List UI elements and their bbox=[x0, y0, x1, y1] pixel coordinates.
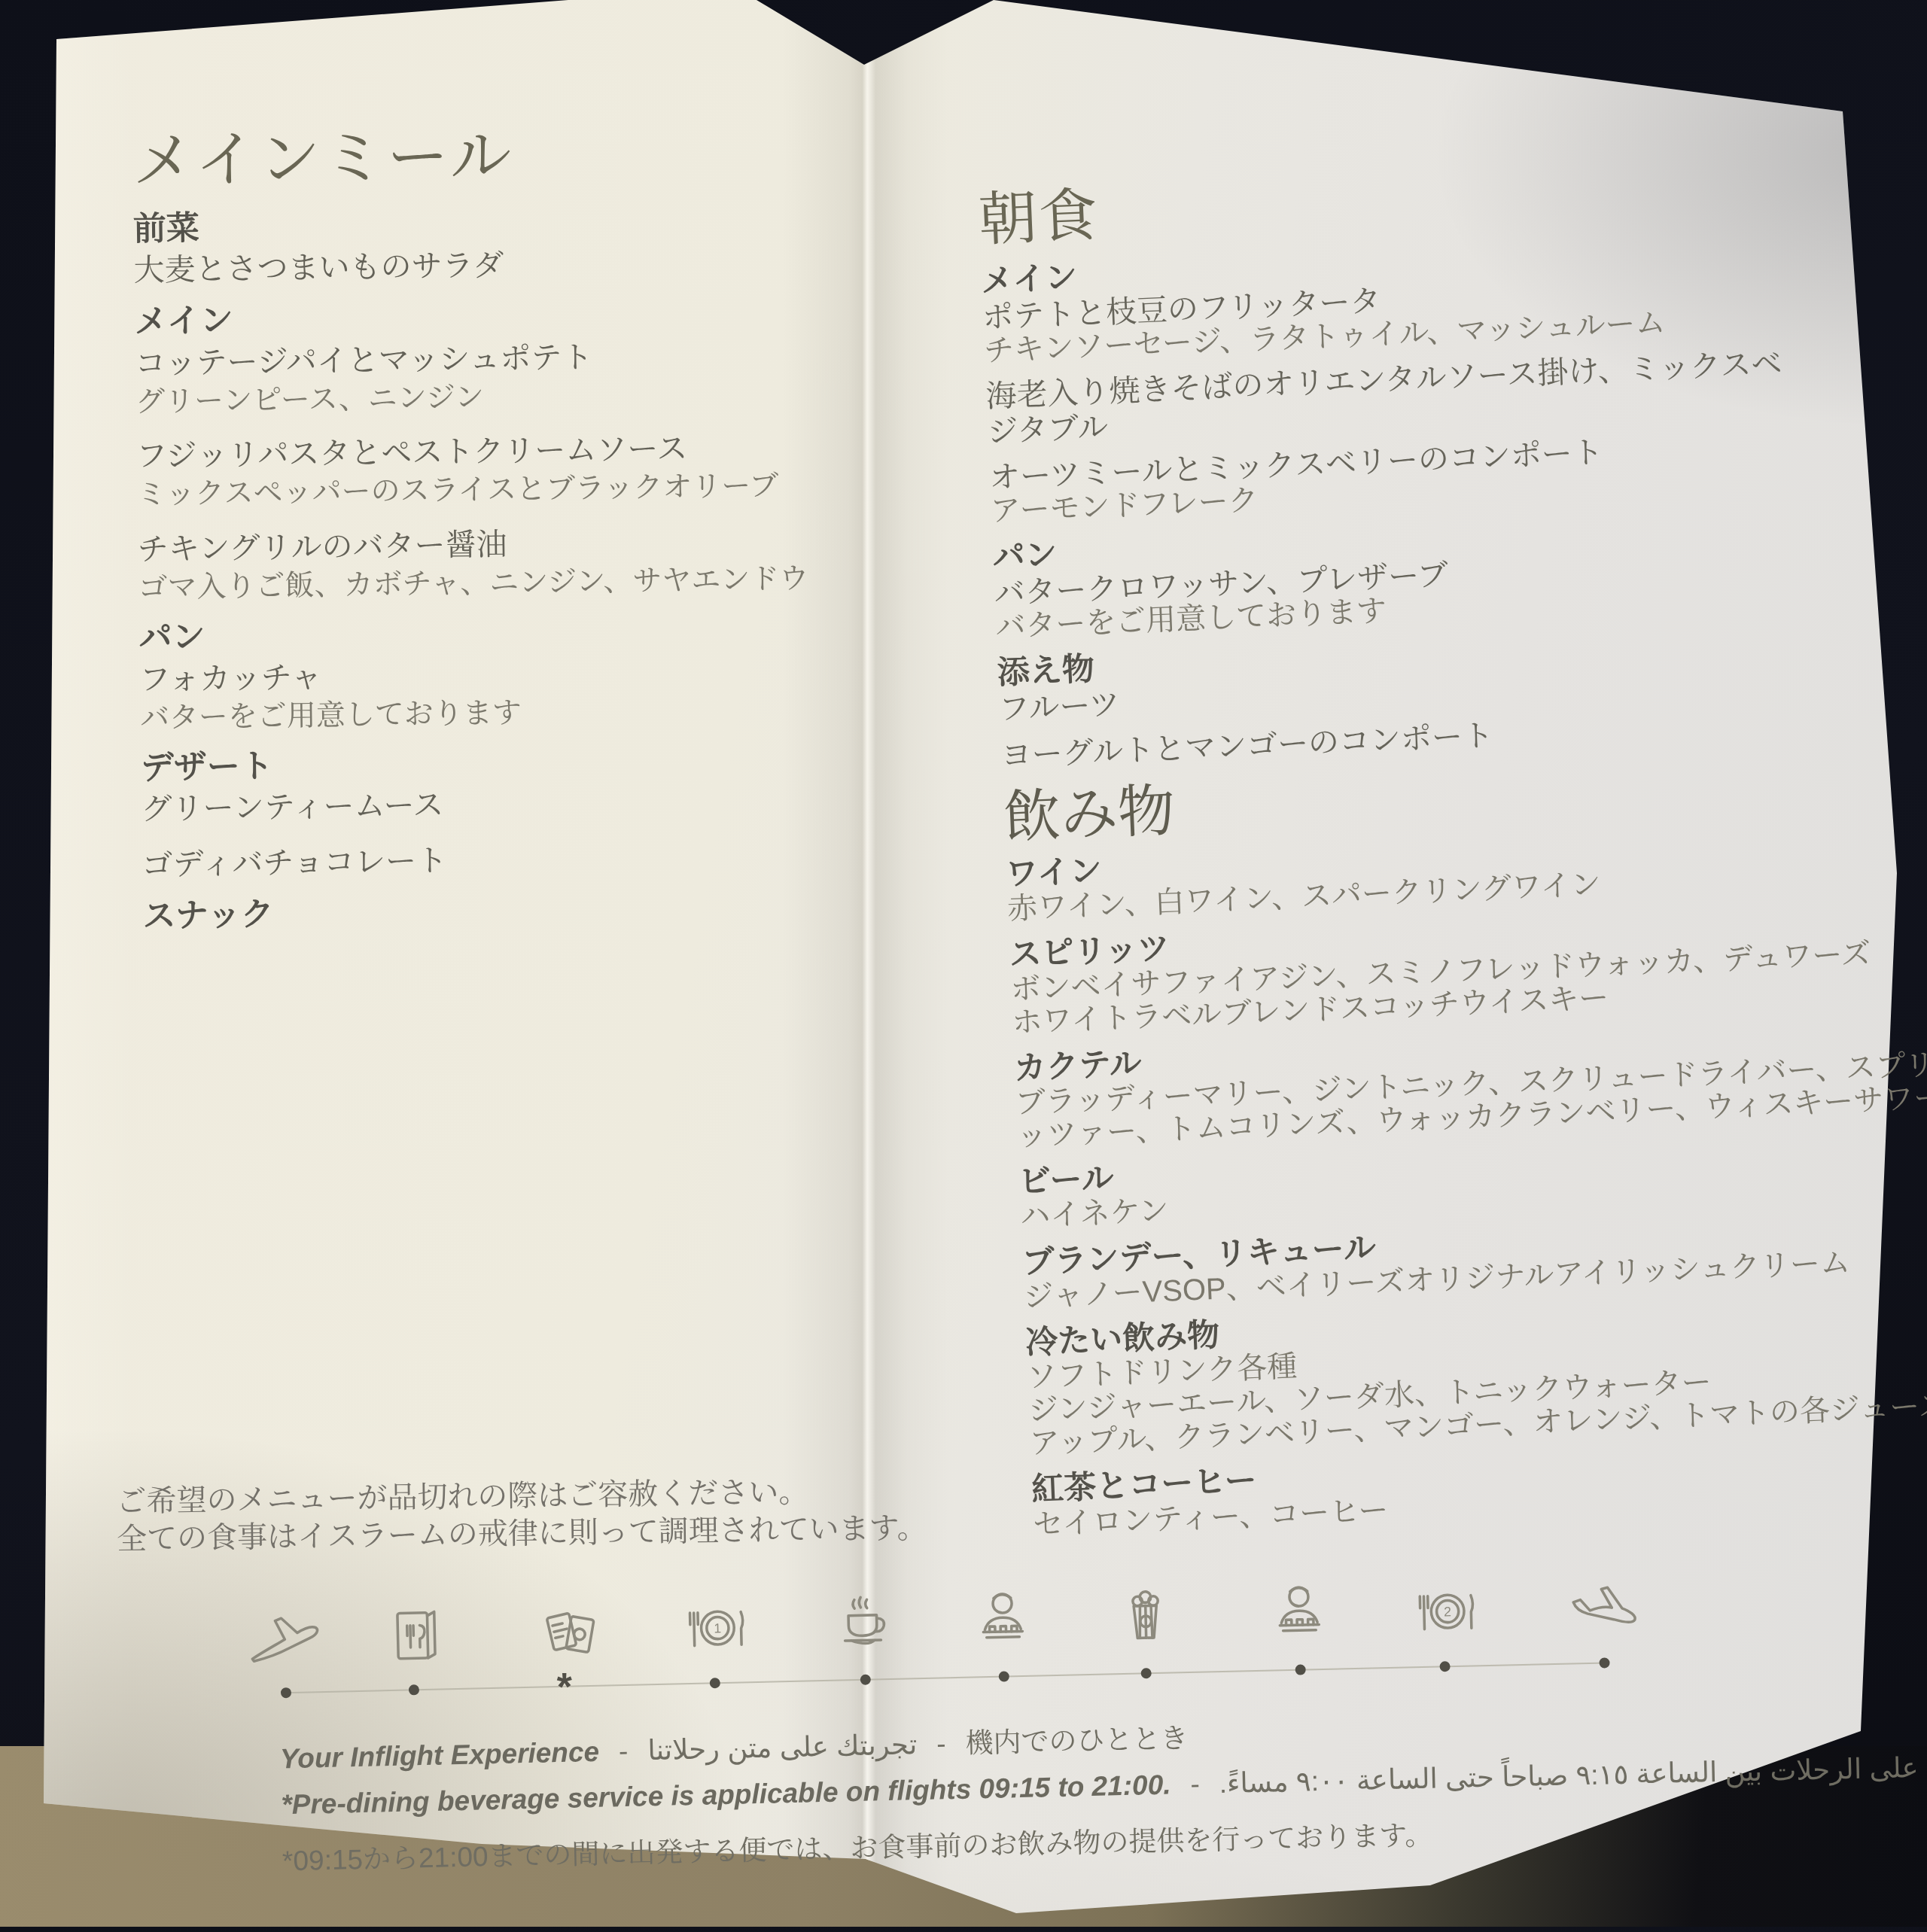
dish-description: バターをご用意しております bbox=[140, 692, 863, 735]
dish-name: フォカッチャ bbox=[139, 653, 863, 697]
dish-name: ゴディバチョコレート bbox=[142, 838, 865, 883]
dish-description: グリーンピース、ニンジン bbox=[135, 376, 859, 418]
dish-name: 大麦とさつまいものサラダ bbox=[133, 244, 857, 288]
dish-name: グリーンティームース bbox=[141, 783, 864, 827]
left-page: メインミール 前菜 大麦とさつまいものサラダ メイン コッテージパイとマッシュポ… bbox=[132, 118, 866, 936]
dish-name: コッテージパイとマッシュポテト bbox=[135, 336, 858, 381]
photo-of-inflight-menu: メインミール 前菜 大麦とさつまいものサラダ メイン コッテージパイとマッシュポ… bbox=[0, 0, 1927, 1927]
dish-name: チキングリルのバター醤油 bbox=[138, 522, 861, 567]
section-header: メイン bbox=[134, 294, 857, 341]
dish-description: ゴマ入りご飯、カボチャ、ニンジン、サヤエンドウ bbox=[138, 561, 861, 604]
right-page: 朝食 メイン ポテトと枝豆のフリッタータ チキンソーセージ、ラタトゥイル、マッシ… bbox=[977, 149, 1927, 1541]
page-title: メインミール bbox=[132, 118, 855, 196]
availability-note: ご希望のメニューが品切れの際はご容赦ください。 全ての食事はイスラームの戒律に則… bbox=[116, 1471, 927, 1558]
dish-description: ミックスペッパーのスライスとブラックオリーブ bbox=[137, 469, 860, 512]
section-header: デザート bbox=[141, 740, 864, 787]
dish-name: フジッリパスタとペストクリームソース bbox=[136, 430, 860, 474]
section-header: パン bbox=[139, 610, 862, 657]
section-header: 前菜 bbox=[133, 201, 857, 248]
